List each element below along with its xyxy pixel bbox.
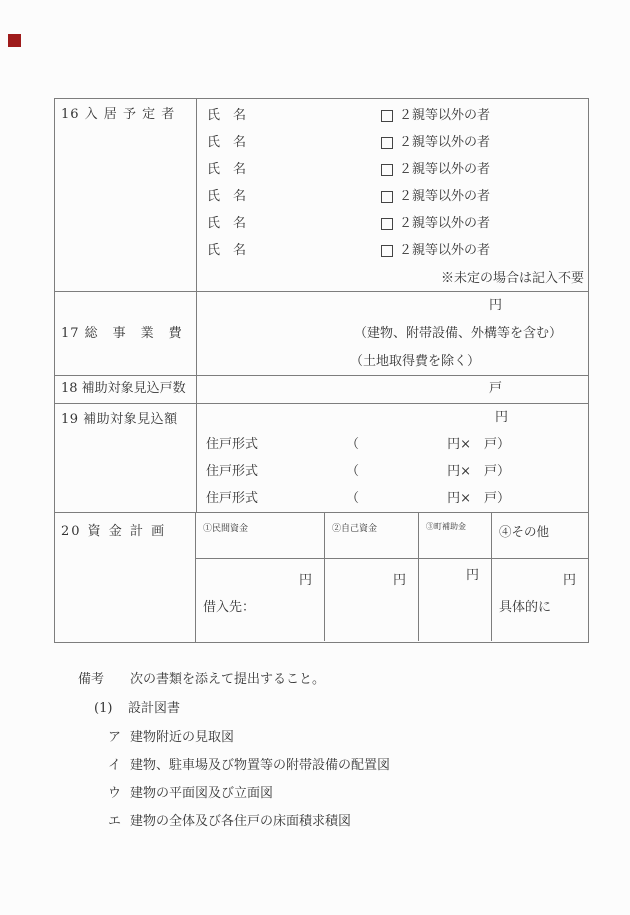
yen-unit: 円 <box>325 559 418 588</box>
row-20-content: ①民間資金 ②自己資金 ③町補助金 ④その他 円 借入先： 円 円 <box>196 513 588 642</box>
name-label: 氏 名 <box>207 237 246 264</box>
name-label: 氏 名 <box>207 156 246 183</box>
yen-times-units: 円× 戸） <box>447 485 510 512</box>
empty-note <box>325 588 418 596</box>
resident-entry: 氏 名 ２親等以外の者 <box>197 102 588 129</box>
resident-entry: 氏 名 ２親等以外の者 <box>197 183 588 210</box>
relationship-checkbox-group: ２親等以外の者 <box>381 156 490 183</box>
yen-unit: 円 <box>197 404 588 431</box>
checkbox-icon <box>381 137 393 149</box>
row-19-label: 19 補助対象見込額 <box>55 404 197 512</box>
sub-item-i: イ建物、駐車場及び物置等の附帯設備の配置図 <box>0 752 630 780</box>
funding-header-row: ①民間資金 ②自己資金 ③町補助金 ④その他 <box>196 513 588 559</box>
sub-item-text: 建物附近の見取図 <box>130 730 234 745</box>
checkbox-icon <box>381 191 393 203</box>
dwelling-type-row: 住戸形式 （ 円× 戸） <box>197 458 588 485</box>
item-title: 設計図書 <box>128 701 180 716</box>
relationship-checkbox-group: ２親等以外の者 <box>381 102 490 129</box>
open-paren: （ <box>346 431 359 458</box>
own-funds-cell: 円 <box>325 559 419 641</box>
row-18-expected-subsidized-units: 18 補助対象見込戸数 戸 <box>55 376 588 404</box>
resident-entry: 氏 名 ２親等以外の者 <box>197 237 588 264</box>
red-marker <box>8 34 21 47</box>
other-funds-header: ④その他 <box>492 513 588 558</box>
row-20-label: 20 資 金 計 画 <box>55 513 196 642</box>
sub-item-a: ア建物附近の見取図 <box>0 724 630 752</box>
cost-excludes-note: （土地取得費を除く） <box>197 348 588 376</box>
open-paren: （ <box>346 458 359 485</box>
lender-label: 借入先： <box>196 588 324 615</box>
private-funds-header: ①民間資金 <box>196 513 325 558</box>
yen-times-units: 円× 戸） <box>447 431 510 458</box>
dwelling-type-row: 住戸形式 （ 円× 戸） <box>197 431 588 458</box>
dwelling-type-label: 住戸形式 <box>206 485 258 512</box>
name-label: 氏 名 <box>207 129 246 156</box>
sub-item-u: ウ建物の平面図及び立面図 <box>0 780 630 808</box>
row-18-label: 18 補助対象見込戸数 <box>55 376 197 403</box>
private-funds-cell: 円 借入先： <box>196 559 325 641</box>
row-19-expected-subsidy-amount: 19 補助対象見込額 円 住戸形式 （ 円× 戸） 住戸形式 （ 円× 戸） 住… <box>55 404 588 513</box>
yen-unit: 円 <box>197 292 588 320</box>
yen-unit: 円 <box>492 559 588 588</box>
town-subsidy-header: ③町補助金 <box>419 513 492 558</box>
sub-item-marker: イ <box>108 752 130 780</box>
checkbox-label: ２親等以外の者 <box>399 183 490 210</box>
checkbox-label: ２親等以外の者 <box>399 102 490 129</box>
sub-item-marker: ウ <box>108 780 130 808</box>
document-page: 16 入 居 予 定 者 氏 名 ２親等以外の者 氏 名 ２親等以外の者 氏 名… <box>0 0 630 915</box>
funding-value-row: 円 借入先： 円 円 円 具体的に <box>196 559 588 641</box>
row-20-funding-plan: 20 資 金 計 画 ①民間資金 ②自己資金 ③町補助金 ④その他 円 借入先：… <box>55 513 588 642</box>
yen-unit: 円 <box>196 559 324 588</box>
attachment-item-1: (1)設計図書 <box>0 694 630 724</box>
own-funds-header: ②自己資金 <box>325 513 419 558</box>
sub-item-text: 建物の全体及び各住戸の床面積求積図 <box>130 814 351 829</box>
dwelling-type-label: 住戸形式 <box>206 458 258 485</box>
checkbox-label: ２親等以外の者 <box>399 237 490 264</box>
row-19-content: 円 住戸形式 （ 円× 戸） 住戸形式 （ 円× 戸） 住戸形式 （ 円× 戸） <box>197 404 588 512</box>
yen-unit: 円 <box>419 559 491 583</box>
relationship-checkbox-group: ２親等以外の者 <box>381 210 490 237</box>
sub-item-marker: ア <box>108 724 130 752</box>
open-paren: （ <box>346 485 359 512</box>
checkbox-icon <box>381 245 393 257</box>
town-subsidy-cell: 円 <box>419 559 492 641</box>
row-17-total-project-cost: 17 総 事 業 費 円 （建物、附帯設備、外構等を含む） （土地取得費を除く） <box>55 292 588 376</box>
dwelling-type-row: 住戸形式 （ 円× 戸） <box>197 485 588 512</box>
undetermined-footnote: ※未定の場合は記入不要 <box>197 266 588 291</box>
sub-item-e: エ建物の全体及び各住戸の床面積求積図 <box>0 808 630 836</box>
item-number: (1) <box>94 694 128 724</box>
remarks-section: 備考次の書類を添えて提出すること。 (1)設計図書 ア建物附近の見取図 イ建物、… <box>0 666 630 836</box>
row-17-content: 円 （建物、附帯設備、外構等を含む） （土地取得費を除く） <box>197 292 588 375</box>
remark-label: 備考 <box>78 666 130 694</box>
resident-entry: 氏 名 ２親等以外の者 <box>197 129 588 156</box>
relationship-checkbox-group: ２親等以外の者 <box>381 237 490 264</box>
name-label: 氏 名 <box>207 102 246 129</box>
yen-times-units: 円× 戸） <box>447 458 510 485</box>
checkbox-icon <box>381 110 393 122</box>
row-16-planned-residents: 16 入 居 予 定 者 氏 名 ２親等以外の者 氏 名 ２親等以外の者 氏 名… <box>55 99 588 292</box>
checkbox-label: ２親等以外の者 <box>399 129 490 156</box>
dwelling-type-label: 住戸形式 <box>206 431 258 458</box>
application-form-table: 16 入 居 予 定 者 氏 名 ２親等以外の者 氏 名 ２親等以外の者 氏 名… <box>54 98 589 643</box>
sub-item-text: 建物、駐車場及び物置等の附帯設備の配置図 <box>130 758 390 773</box>
details-label: 具体的に <box>492 588 588 615</box>
row-16-content: 氏 名 ２親等以外の者 氏 名 ２親等以外の者 氏 名 ２親等以外の者 氏 名 … <box>197 99 588 291</box>
remark-line: 備考次の書類を添えて提出すること。 <box>0 666 630 694</box>
name-label: 氏 名 <box>207 183 246 210</box>
name-label: 氏 名 <box>207 210 246 237</box>
checkbox-label: ２親等以外の者 <box>399 156 490 183</box>
row-17-label: 17 総 事 業 費 <box>55 292 197 375</box>
checkbox-icon <box>381 164 393 176</box>
remark-text: 次の書類を添えて提出すること。 <box>130 672 325 687</box>
checkbox-icon <box>381 218 393 230</box>
sub-item-marker: エ <box>108 808 130 836</box>
empty-note <box>419 583 491 591</box>
row-16-label: 16 入 居 予 定 者 <box>55 99 197 291</box>
sub-item-text: 建物の平面図及び立面図 <box>130 786 273 801</box>
row-18-content: 戸 <box>197 376 588 403</box>
unit-count-suffix: 戸 <box>197 376 588 402</box>
other-funds-cell: 円 具体的に <box>492 559 588 641</box>
relationship-checkbox-group: ２親等以外の者 <box>381 183 490 210</box>
resident-entry: 氏 名 ２親等以外の者 <box>197 210 588 237</box>
relationship-checkbox-group: ２親等以外の者 <box>381 129 490 156</box>
resident-entry: 氏 名 ２親等以外の者 <box>197 156 588 183</box>
checkbox-label: ２親等以外の者 <box>399 210 490 237</box>
cost-includes-note: （建物、附帯設備、外構等を含む） <box>197 320 588 348</box>
